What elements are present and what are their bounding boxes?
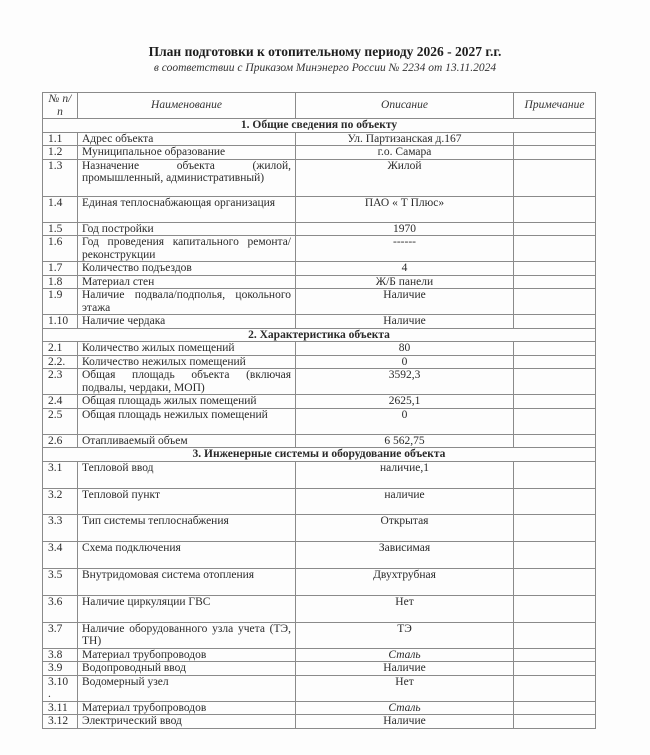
table-row: 3.4Схема подключенияЗависимая [43, 541, 596, 568]
row-number: 1.1 [43, 132, 78, 146]
row-note [514, 595, 596, 622]
row-name: Внутридомовая система отопления [78, 568, 296, 595]
table-row: 1.7Количество подъездов4 [43, 262, 596, 276]
row-description: Нет [296, 675, 514, 701]
row-name: Общая площадь объекта (включая подвалы, … [78, 369, 296, 395]
section-header-row: 2. Характеристика объекта [43, 328, 596, 342]
row-note [514, 262, 596, 276]
row-name: Муниципальное образование [78, 146, 296, 160]
section-title: 2. Характеристика объекта [43, 328, 596, 342]
row-note [514, 146, 596, 160]
row-number: 3.8 [43, 648, 78, 662]
row-note [514, 342, 596, 356]
row-number: 1.6 [43, 236, 78, 262]
row-note [514, 159, 596, 196]
row-number: 3.6 [43, 595, 78, 622]
column-header-name: Наименование [78, 93, 296, 119]
row-name: Тепловой ввод [78, 461, 296, 488]
table-row: 2.5Общая площадь нежилых помещений0 [43, 408, 596, 434]
row-name: Год постройки [78, 222, 296, 236]
row-number: 3.12 [43, 715, 78, 729]
section-header-row: 1. Общие сведения по объекту [43, 119, 596, 133]
plan-table: № п/п Наименование Описание Примечание 1… [42, 92, 596, 729]
row-description: Наличие [296, 715, 514, 729]
section-header-row: 3. Инженерные системы и оборудование объ… [43, 448, 596, 462]
table-row: 2.4Общая площадь жилых помещений2625,1 [43, 395, 596, 409]
table-row: 3.6Наличие циркуляции ГВСНет [43, 595, 596, 622]
row-number: 1.3 [43, 159, 78, 196]
column-header-note: Примечание [514, 93, 596, 119]
row-name: Материал трубопроводов [78, 648, 296, 662]
row-note [514, 568, 596, 595]
row-name: Водомерный узел [78, 675, 296, 701]
row-description: Наличие [296, 315, 514, 329]
row-description: 6 562,75 [296, 434, 514, 448]
row-note [514, 369, 596, 395]
table-row: 1.1Адрес объектаУл. Партизанская д.167 [43, 132, 596, 146]
row-number: 3.4 [43, 541, 78, 568]
row-note [514, 236, 596, 262]
row-name: Водопроводный ввод [78, 662, 296, 676]
table-row: 1.3Назначение объекта (жилой, промышленн… [43, 159, 596, 196]
row-note [514, 315, 596, 329]
row-name: Тип системы теплоснабжения [78, 514, 296, 541]
table-row: 2.3Общая площадь объекта (включая подвал… [43, 369, 596, 395]
row-note [514, 541, 596, 568]
row-note [514, 488, 596, 514]
table-row: 2.6Отапливаемый объем6 562,75 [43, 434, 596, 448]
row-name: Количество нежилых помещений [78, 355, 296, 369]
row-description: Зависимая [296, 541, 514, 568]
row-description: Наличие [296, 289, 514, 315]
row-number: 1.7 [43, 262, 78, 276]
table-row: 3.11Материал трубопроводовСталь [43, 701, 596, 715]
table-row: 1.8Материал стенЖ/Б панели [43, 275, 596, 289]
row-number: 3.10 . [43, 675, 78, 701]
row-number: 1.5 [43, 222, 78, 236]
row-description: г.о. Самара [296, 146, 514, 160]
row-description: ТЭ [296, 622, 514, 648]
row-note [514, 701, 596, 715]
row-name: Схема подключения [78, 541, 296, 568]
row-description: Сталь [296, 701, 514, 715]
table-row: 2.1Количество жилых помещений80 [43, 342, 596, 356]
table-row: 3.8Материал трубопроводовСталь [43, 648, 596, 662]
table-row: 3.9Водопроводный вводНаличие [43, 662, 596, 676]
row-name: Единая теплоснабжающая организация [78, 196, 296, 222]
row-note [514, 196, 596, 222]
row-description: ПАО « Т Плюс» [296, 196, 514, 222]
table-row: 3.3Тип системы теплоснабженияОткрытая [43, 514, 596, 541]
row-description: Жилой [296, 159, 514, 196]
table-row: 3.10 .Водомерный узелНет [43, 675, 596, 701]
table-row: 1.4Единая теплоснабжающая организацияПАО… [43, 196, 596, 222]
row-name: Наличие подвала/подполья, цокольного эта… [78, 289, 296, 315]
table-row: 1.6Год проведения капитального ремонта/р… [43, 236, 596, 262]
row-number: 1.10 [43, 315, 78, 329]
row-number: 1.8 [43, 275, 78, 289]
row-name: Электрический ввод [78, 715, 296, 729]
section-title: 1. Общие сведения по объекту [43, 119, 596, 133]
row-name: Наличие циркуляции ГВС [78, 595, 296, 622]
row-note [514, 222, 596, 236]
column-header-description: Описание [296, 93, 514, 119]
row-description: 0 [296, 355, 514, 369]
row-description: наличие [296, 488, 514, 514]
column-header-number: № п/п [43, 93, 78, 119]
row-note [514, 675, 596, 701]
row-description: 1970 [296, 222, 514, 236]
row-note [514, 355, 596, 369]
row-note [514, 662, 596, 676]
row-note [514, 408, 596, 434]
row-name: Отапливаемый объем [78, 434, 296, 448]
row-note [514, 461, 596, 488]
row-name: Наличие чердака [78, 315, 296, 329]
row-name: Наличие оборудованного узла учета (ТЭ, Т… [78, 622, 296, 648]
table-row: 1.2Муниципальное образованиег.о. Самара [43, 146, 596, 160]
row-name: Назначение объекта (жилой, промышленный,… [78, 159, 296, 196]
table-row: 3.2Тепловой пунктналичие [43, 488, 596, 514]
row-number: 2.3 [43, 369, 78, 395]
row-number: 2.1 [43, 342, 78, 356]
row-name: Общая площадь нежилых помещений [78, 408, 296, 434]
row-number: 3.5 [43, 568, 78, 595]
row-note [514, 395, 596, 409]
row-description: Ж/Б панели [296, 275, 514, 289]
row-number: 1.2 [43, 146, 78, 160]
row-description: Ул. Партизанская д.167 [296, 132, 514, 146]
row-number: 3.2 [43, 488, 78, 514]
row-description: 4 [296, 262, 514, 276]
row-name: Количество жилых помещений [78, 342, 296, 356]
table-row: 2.2.Количество нежилых помещений0 [43, 355, 596, 369]
table-row: 3.7Наличие оборудованного узла учета (ТЭ… [43, 622, 596, 648]
row-name: Материал трубопроводов [78, 701, 296, 715]
table-row: 1.10Наличие чердакаНаличие [43, 315, 596, 329]
row-number: 2.5 [43, 408, 78, 434]
row-note [514, 622, 596, 648]
table-header-row: № п/п Наименование Описание Примечание [43, 93, 596, 119]
row-name: Общая площадь жилых помещений [78, 395, 296, 409]
row-number: 3.7 [43, 622, 78, 648]
row-note [514, 715, 596, 729]
table-row: 1.5Год постройки1970 [43, 222, 596, 236]
row-description: 0 [296, 408, 514, 434]
document-title: План подготовки к отопительному периоду … [0, 44, 650, 60]
row-description: Нет [296, 595, 514, 622]
row-name: Материал стен [78, 275, 296, 289]
row-number: 3.3 [43, 514, 78, 541]
row-number: 3.9 [43, 662, 78, 676]
row-number: 2.2. [43, 355, 78, 369]
table-row: 3.1Тепловой вводналичие,1 [43, 461, 596, 488]
row-name: Адрес объекта [78, 132, 296, 146]
row-number: 1.9 [43, 289, 78, 315]
table-row: 1.9Наличие подвала/подполья, цокольного … [43, 289, 596, 315]
row-note [514, 514, 596, 541]
row-number: 2.6 [43, 434, 78, 448]
row-description: Двухтрубная [296, 568, 514, 595]
document-subtitle: в соответствии с Приказом Минэнерго Росс… [0, 62, 650, 74]
row-name: Год проведения капитального ремонта/реко… [78, 236, 296, 262]
row-description: Сталь [296, 648, 514, 662]
row-note [514, 289, 596, 315]
row-note [514, 648, 596, 662]
row-description: ------ [296, 236, 514, 262]
row-description: Наличие [296, 662, 514, 676]
row-note [514, 275, 596, 289]
row-description: 3592,3 [296, 369, 514, 395]
row-number: 3.1 [43, 461, 78, 488]
row-number: 3.11 [43, 701, 78, 715]
table-body: 1. Общие сведения по объекту1.1Адрес объ… [43, 119, 596, 729]
row-note [514, 434, 596, 448]
table-row: 3.12Электрический вводНаличие [43, 715, 596, 729]
row-name: Количество подъездов [78, 262, 296, 276]
row-note [514, 132, 596, 146]
table-row: 3.5Внутридомовая система отопленияДвухтр… [43, 568, 596, 595]
section-title: 3. Инженерные системы и оборудование объ… [43, 448, 596, 462]
row-number: 2.4 [43, 395, 78, 409]
row-description: наличие,1 [296, 461, 514, 488]
row-number: 1.4 [43, 196, 78, 222]
row-description: 2625,1 [296, 395, 514, 409]
row-name: Тепловой пункт [78, 488, 296, 514]
row-description: 80 [296, 342, 514, 356]
row-description: Открытая [296, 514, 514, 541]
